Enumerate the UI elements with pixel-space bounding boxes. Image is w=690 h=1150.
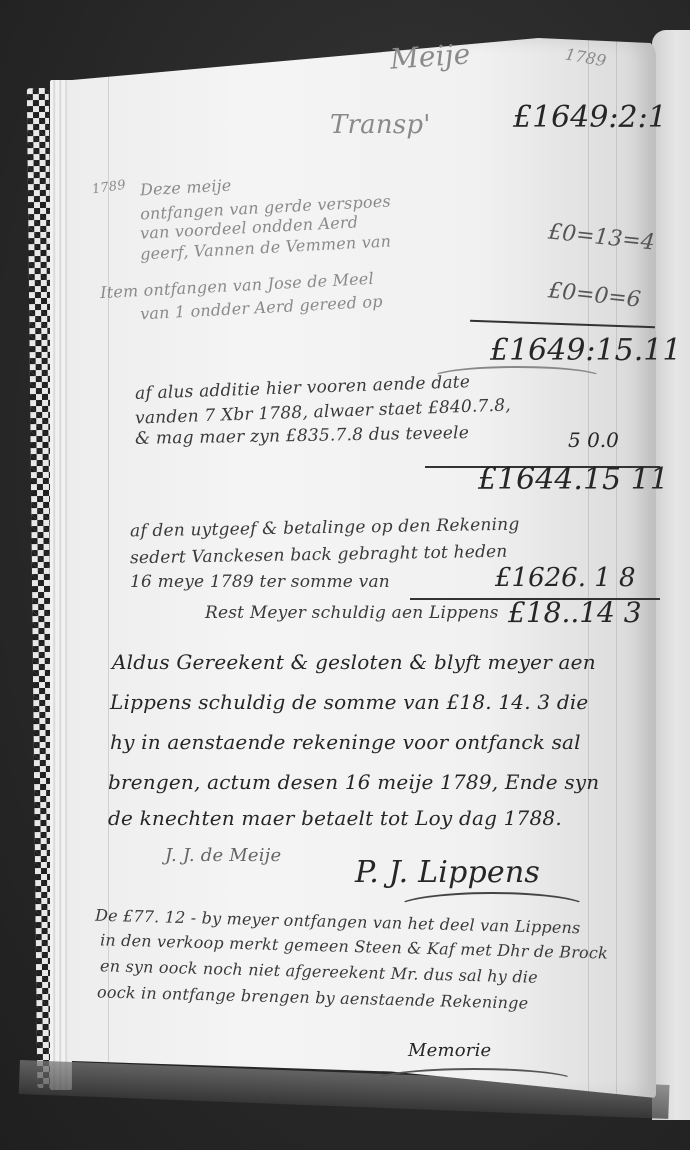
deduction-amount: £1626. 1 8 [495,563,636,593]
memorie-note: Memorie [408,1040,491,1061]
subtotal-amount: £1649:15.11 [490,333,681,368]
transport-amount: £1649:2:1 [513,100,667,135]
closing-line: de knechten maer betaelt tot Loy dag 178… [108,806,562,830]
signature-right: P. J. Lippens [355,855,540,890]
balance-amount: £18..14 3 [508,596,642,629]
memorie-flourish-icon [372,1068,576,1094]
header-month: Meije [389,37,472,76]
closing-line: Aldus Gereekent & gesloten & blyft meyer… [112,650,596,674]
deduction-line: 16 meye 1789 ter somme van [130,572,390,592]
transport-label: Transp' [330,110,431,140]
closing-line: brengen, actum desen 16 meije 1789, Ende… [108,770,599,794]
closing-line: hy in aenstaende rekeninge voor ontfanck… [110,730,581,754]
deduction-amount: 5 0.0 [568,428,619,452]
subtotal-amount: £1644.15 11 [478,462,669,497]
balance-label: Rest Meyer schuldig aen Lippens [205,603,499,623]
facing-page-edge [652,30,690,1120]
closing-line: Lippens schuldig de somme van £18. 14. 3… [110,690,588,714]
signature-left: J. J. de Meije [165,845,281,866]
